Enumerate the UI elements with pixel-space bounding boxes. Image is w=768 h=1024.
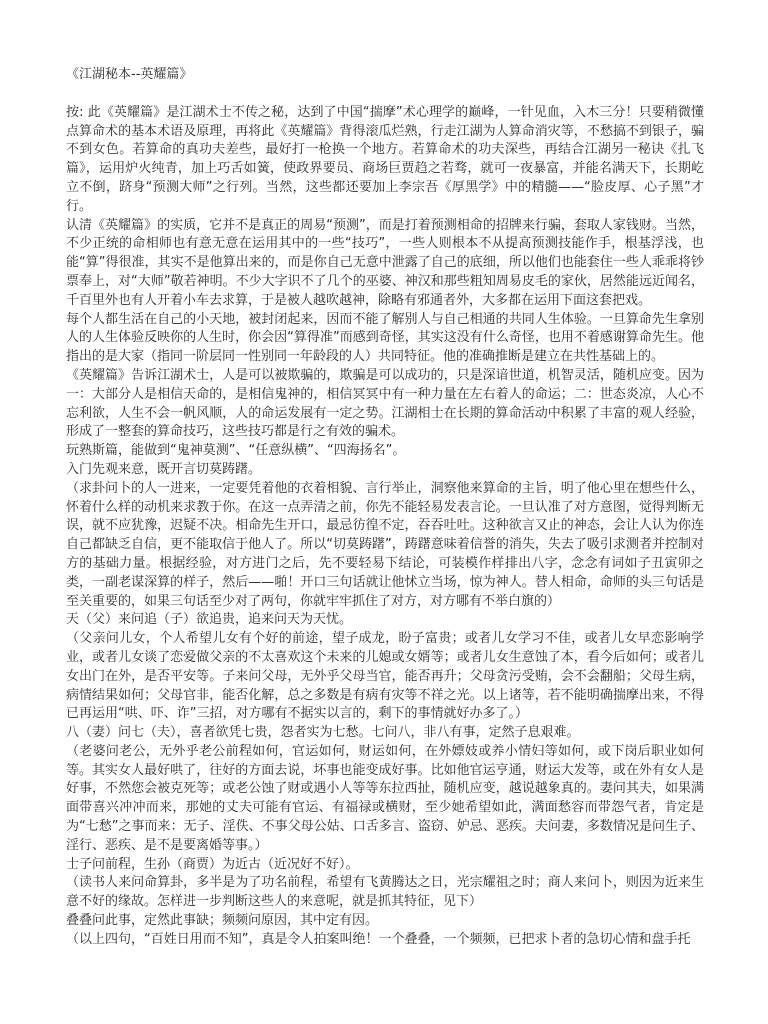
paragraph-commentary-repeated-questions: （以上四句，“百姓日用而不知”，真是令人拍案叫绝！一个叠叠，一个频频，已把求卜者… <box>66 931 704 950</box>
paragraph-commentary-observe-intent: （求卦问卜的人一进来，一定要凭着他的衣着相貌、言行举止，洞察他来算命的主旨，明了… <box>66 480 704 612</box>
paragraph-maxim-wife-husband: 八（妻）问七（夫），喜者欲凭七贵，怨者实为七愁。七问八，非八有事，定然子息艰难。 <box>66 724 704 743</box>
paragraph-deception-principles: 《英耀篇》告诉江湖术士，人是可以被欺骗的，欺骗是可以成功的，只是深谙世道，机智灵… <box>66 367 704 442</box>
paragraph-mastery: 玩熟斯篇，能做到“鬼神莫测”、“任意纵横”、“四海扬名”。 <box>66 442 704 461</box>
paragraph-preface: 按: 此《英耀篇》是江湖术士不传之秘，达到了中国“揣摩”术心理学的巅峰，一针见血… <box>66 104 704 217</box>
document-page: 《江湖秘本--英耀篇》 按: 此《英耀篇》是江湖术士不传之秘，达到了中国“揣摩”… <box>0 0 768 1024</box>
paragraph-essence: 认清《英耀篇》的实质，它并不是真正的周易“预测”，而是打着预测相命的招牌来行骗，… <box>66 217 704 311</box>
paragraph-common-experience: 每个人都生活在自己的小天地，被封闭起来，因而不能了解别人与自己相通的共同人生体验… <box>66 311 704 367</box>
paragraph-maxim-repeated-questions: 叠叠问此事，定然此事缺；频频问原因，其中定有因。 <box>66 912 704 931</box>
document-title: 《江湖秘本--英耀篇》 <box>66 66 704 85</box>
paragraph-maxim-father-son: 天（父）来问追（子）欲追贵，追来问天为天忧。 <box>66 611 704 630</box>
paragraph-maxim-observe-intent: 入门先观来意，既开言切莫踌躇。 <box>66 461 704 480</box>
paragraph-commentary-scholar-merchant: （读书人来问命算卦，多半是为了功名前程，希望有飞黄腾达之日，光宗耀祖之时；商人来… <box>66 874 704 912</box>
paragraph-commentary-wife-husband: （老婆问老公，无外乎老公前程如何，官运如何，财运如何，在外嫖妓或养小情妇等如何，… <box>66 743 704 856</box>
paragraph-maxim-scholar-merchant: 士子问前程，生孙（商贾）为近古（近况好不好）。 <box>66 856 704 875</box>
document-text-block: 《江湖秘本--英耀篇》 按: 此《英耀篇》是江湖术士不传之秘，达到了中国“揣摩”… <box>66 66 704 950</box>
paragraph-commentary-father-son: （父亲问儿女，个人希望儿女有个好的前途，望子成龙，盼子富贵；或者儿女学习不佳，或… <box>66 630 704 724</box>
